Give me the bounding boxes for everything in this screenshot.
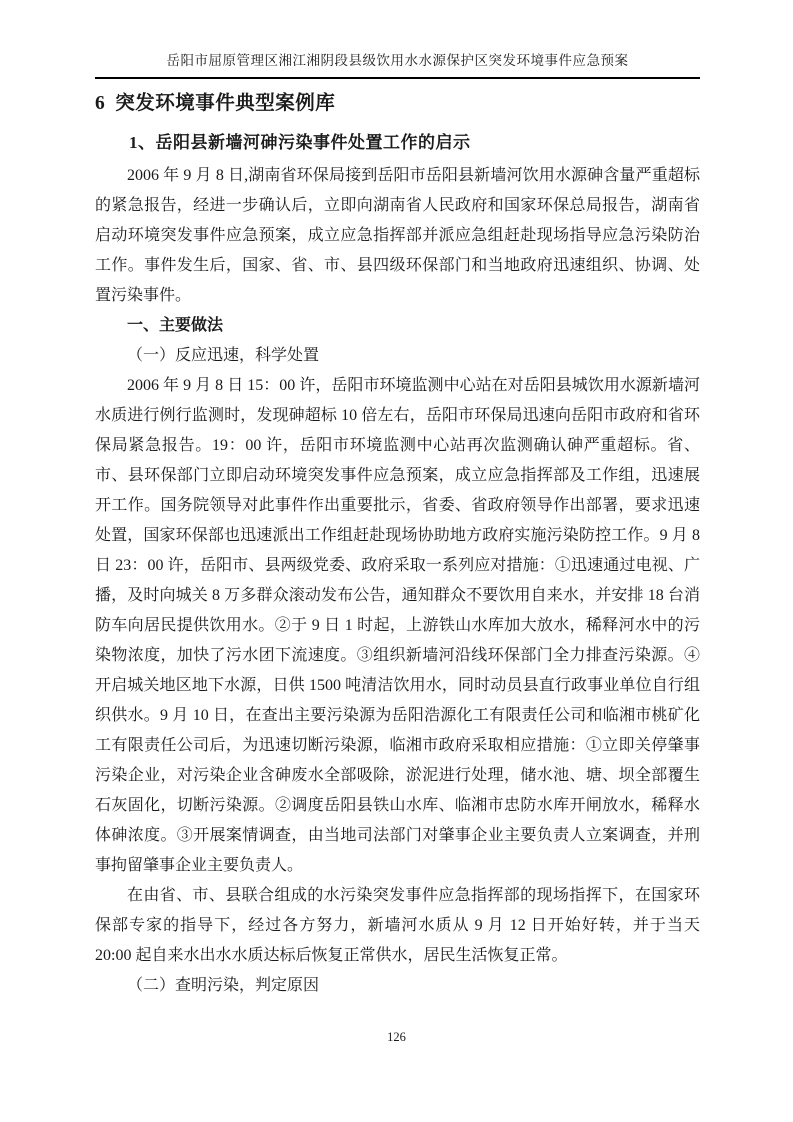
case-heading: 1、岳阳县新墙河砷污染事件处置工作的启示 [95, 124, 700, 161]
page-header: 岳阳市屈原管理区湘江湘阴段县级饮用水水源保护区突发环境事件应急预案 [95, 0, 700, 79]
paragraph-incident-intro: 2006 年 9 月 8 日,湖南省环保局接到岳阳市岳阳县新墙河饮用水源砷含量严… [95, 161, 700, 311]
document-body: 6突发环境事件典型案例库 1、岳阳县新墙河砷污染事件处置工作的启示 2006 年… [95, 84, 700, 1001]
paragraph-recovery-result: 在由省、市、县联合组成的水污染突发事件应急指挥部的现场指挥下，在国家环保部专家的… [95, 881, 700, 971]
section-heading-main-practices: 一、主要做法 [95, 311, 700, 341]
document-page: 岳阳市屈原管理区湘江湘阴段县级饮用水水源保护区突发环境事件应急预案 6突发环境事… [0, 0, 793, 1122]
subsection-heading-rapid-response: （一）反应迅速，科学处置 [95, 341, 700, 371]
running-header-title: 岳阳市屈原管理区湘江湘阴段县级饮用水水源保护区突发环境事件应急预案 [95, 52, 700, 69]
page-footer: 126 [0, 1028, 793, 1046]
chapter-title: 突发环境事件典型案例库 [115, 93, 335, 114]
subsection-heading-identify-cause: （二）查明污染，判定原因 [95, 971, 700, 1001]
chapter-number: 6 [95, 93, 105, 114]
chapter-heading: 6突发环境事件典型案例库 [95, 84, 700, 124]
page-number: 126 [387, 1030, 406, 1044]
paragraph-response-measures: 2006 年 9 月 8 日 15：00 许，岳阳市环境监测中心站在对岳阳县城饮… [95, 371, 700, 881]
